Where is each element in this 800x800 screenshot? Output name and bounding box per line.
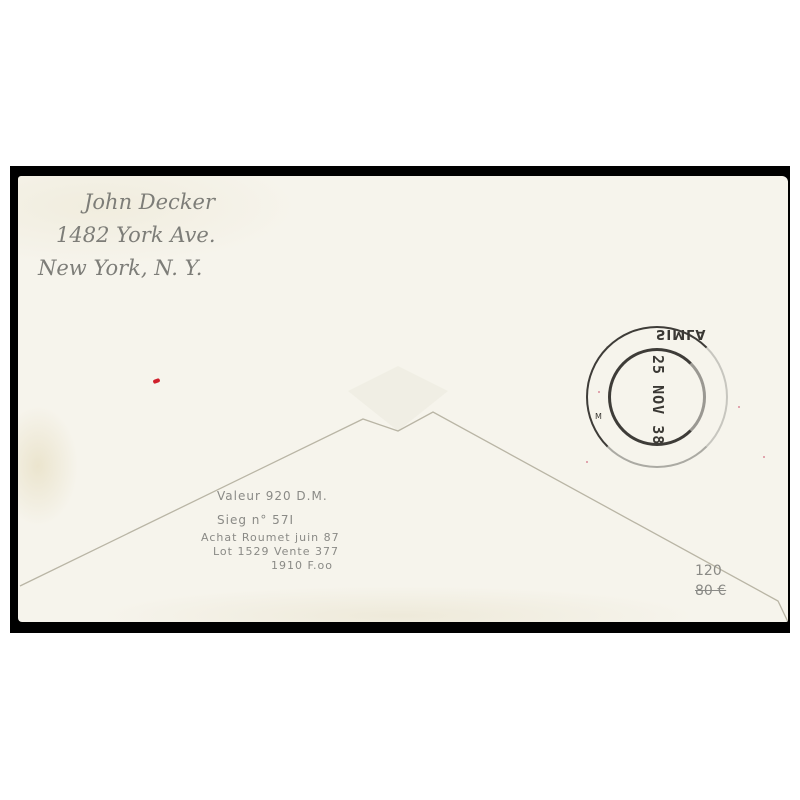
sender-street: 1482 York Ave.	[56, 219, 216, 252]
return-address: John Decker 1482 York Ave. New York, N. …	[38, 186, 216, 285]
note-value: Valeur 920 D.M.	[217, 486, 340, 507]
postmark-town: SIMLA	[656, 326, 706, 341]
sender-city: New York, N. Y.	[38, 252, 216, 285]
note-catalog: Sieg n° 57I	[217, 510, 340, 531]
postmark-date: 25 NOV 38	[649, 355, 667, 435]
red-speck	[763, 456, 765, 458]
note-lot: Lot 1529 Vente 377	[213, 545, 340, 559]
price-note: 120 80 €	[695, 561, 726, 601]
price-current: 120	[695, 561, 726, 581]
envelope-back: John Decker 1482 York Ave. New York, N. …	[18, 176, 788, 622]
pencil-notes: Valeur 920 D.M. Sieg n° 57I Achat Roumet…	[201, 486, 340, 573]
price-crossed-out: 80 €	[695, 581, 726, 601]
note-purchase: Achat Roumet juin 87	[201, 531, 340, 545]
postmark-small-mark: M	[595, 412, 602, 421]
postmark-cancel: SIMLA 25 NOV 38 M	[586, 326, 736, 476]
red-speck	[738, 406, 740, 408]
note-price-francs: 1910 F.oo	[271, 559, 340, 573]
sender-name: John Decker	[84, 186, 216, 219]
